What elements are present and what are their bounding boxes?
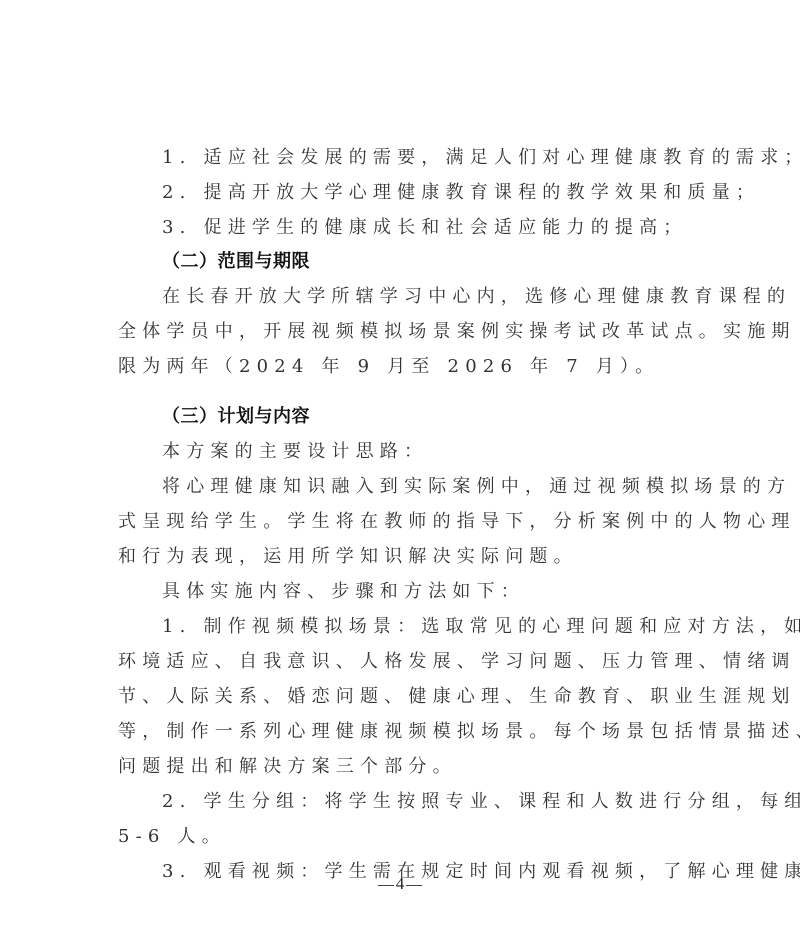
page-number-value: 4 <box>396 874 405 893</box>
objective-item: 1. 适应社会发展的需要，满足人们对心理健康教育的需求； <box>162 146 800 170</box>
objective-item: 3. 促进学生的健康成长和社会适应能力的提高； <box>162 216 688 240</box>
paragraph-line: 具体实施内容、步骤和方法如下： <box>162 580 525 604</box>
objective-item: 2. 提高开放大学心理健康教育课程的教学效果和质量； <box>162 181 760 205</box>
paragraph-line: 问题提出和解决方案三个部分。 <box>118 755 457 779</box>
paragraph-line: 等，制作一系列心理健康视频模拟场景。每个场景包括情景描述、 <box>118 720 800 744</box>
paragraph-line: 将心理健康知识融入到实际案例中，通过视频模拟场景的方 <box>162 475 791 499</box>
page-number-dash-right <box>406 885 422 886</box>
paragraph-line: 1. 制作视频模拟场景：选取常见的心理问题和应对方法，如 <box>162 615 800 639</box>
paragraph-line: 5-6 人。 <box>118 825 226 849</box>
page-number-dash-left <box>378 885 394 886</box>
paragraph-line: 式呈现给学生。学生将在教师的指导下，分析案例中的人物心理 <box>118 510 796 534</box>
section-heading: （二）范围与期限 <box>162 250 310 274</box>
section-heading: （三）计划与内容 <box>162 405 310 429</box>
page-number: 4 <box>0 874 800 894</box>
paragraph-line: 节、人际关系、婚恋问题、健康心理、生命教育、职业生涯规划 <box>118 685 796 709</box>
paragraph-line: 和行为表现，运用所学知识解决实际问题。 <box>118 545 578 569</box>
paragraph-line: 在长春开放大学所辖学习中心内，选修心理健康教育课程的 <box>162 285 791 309</box>
paragraph-line: 限为两年（2024 年 9 月至 2026 年 7 月）。 <box>118 355 659 379</box>
paragraph-line: 本方案的主要设计思路： <box>162 440 428 464</box>
paragraph-line: 全体学员中，开展视频模拟场景案例实操考试改革试点。实施期 <box>118 320 796 344</box>
paragraph-line: 2. 学生分组：将学生按照专业、课程和人数进行分组，每组 <box>162 790 800 814</box>
paragraph-line: 环境适应、自我意识、人格发展、学习问题、压力管理、情绪调 <box>118 650 796 674</box>
